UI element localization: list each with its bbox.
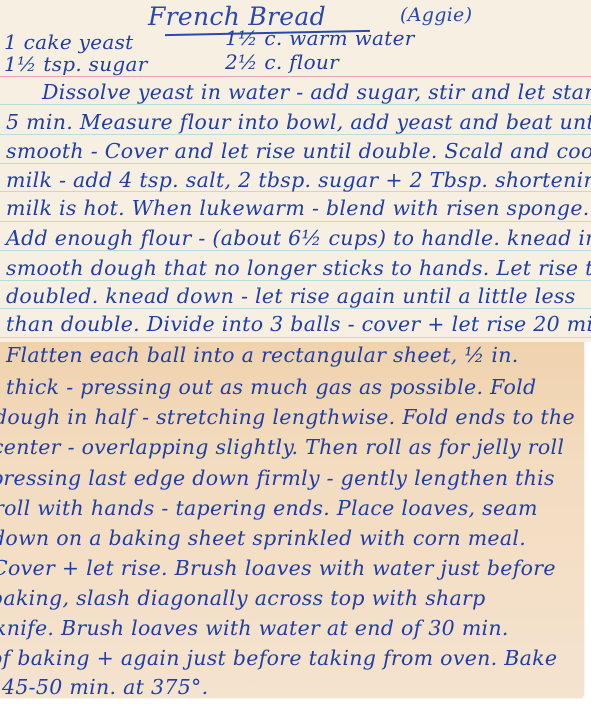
ruled-line [0, 163, 591, 164]
instruction-line: smooth dough that no longer sticks to ha… [6, 256, 591, 280]
ingredient-right: 1½ c. warm water [225, 26, 415, 50]
instruction-line: dough in half - stretching lengthwise. F… [0, 405, 575, 429]
instruction-line: baking, slash diagonally across top with… [0, 586, 486, 610]
instruction-line: knife. Brush loaves with water at end of… [0, 616, 509, 640]
instruction-line: thick - pressing out as much gas as poss… [6, 375, 536, 399]
ingredient-left: 1½ tsp. sugar [4, 52, 148, 76]
recipe-author: (Aggie) [400, 4, 472, 26]
ruled-line [0, 337, 591, 338]
instruction-line: center - overlapping slightly. Then roll… [0, 435, 564, 459]
ruled-line [0, 221, 591, 222]
pink-header-rule [0, 76, 591, 77]
ingredient-right: 2½ c. flour [225, 50, 339, 74]
instruction-line: milk - add 4 tsp. salt, 2 tbsp. sugar + … [6, 168, 591, 192]
instruction-line: than double. Divide into 3 balls - cover… [6, 312, 591, 336]
instruction-line: 45-50 min. at 375°. [2, 675, 208, 699]
instruction-line: milk is hot. When lukewarm - blend with … [6, 196, 590, 220]
instruction-line: roll with hands - tapering ends. Place l… [0, 496, 538, 520]
instruction-line: smooth - Cover and let rise until double… [6, 139, 591, 163]
ruled-line [0, 250, 591, 251]
instruction-line: Cover + let rise. Brush loaves with wate… [0, 556, 556, 580]
ruled-line [0, 280, 591, 281]
instruction-line: pressing last edge down firmly - gently … [0, 466, 555, 490]
instruction-line: of baking + again just before taking fro… [0, 646, 557, 670]
ruled-line [0, 308, 591, 309]
ingredient-left: 1 cake yeast [4, 30, 133, 54]
instruction-line: down on a baking sheet sprinkled with co… [0, 526, 526, 550]
instruction-line: Flatten each ball into a rectangular she… [6, 343, 519, 367]
instruction-line: Add enough flour - (about 6½ cups) to ha… [6, 226, 591, 250]
instruction-line: doubled. knead down - let rise again unt… [6, 284, 576, 308]
ruled-line [0, 104, 591, 105]
instruction-line: 5 min. Measure flour into bowl, add yeas… [6, 110, 591, 134]
ruled-line [0, 134, 591, 135]
instruction-line: Dissolve yeast in water - add sugar, sti… [42, 80, 591, 104]
